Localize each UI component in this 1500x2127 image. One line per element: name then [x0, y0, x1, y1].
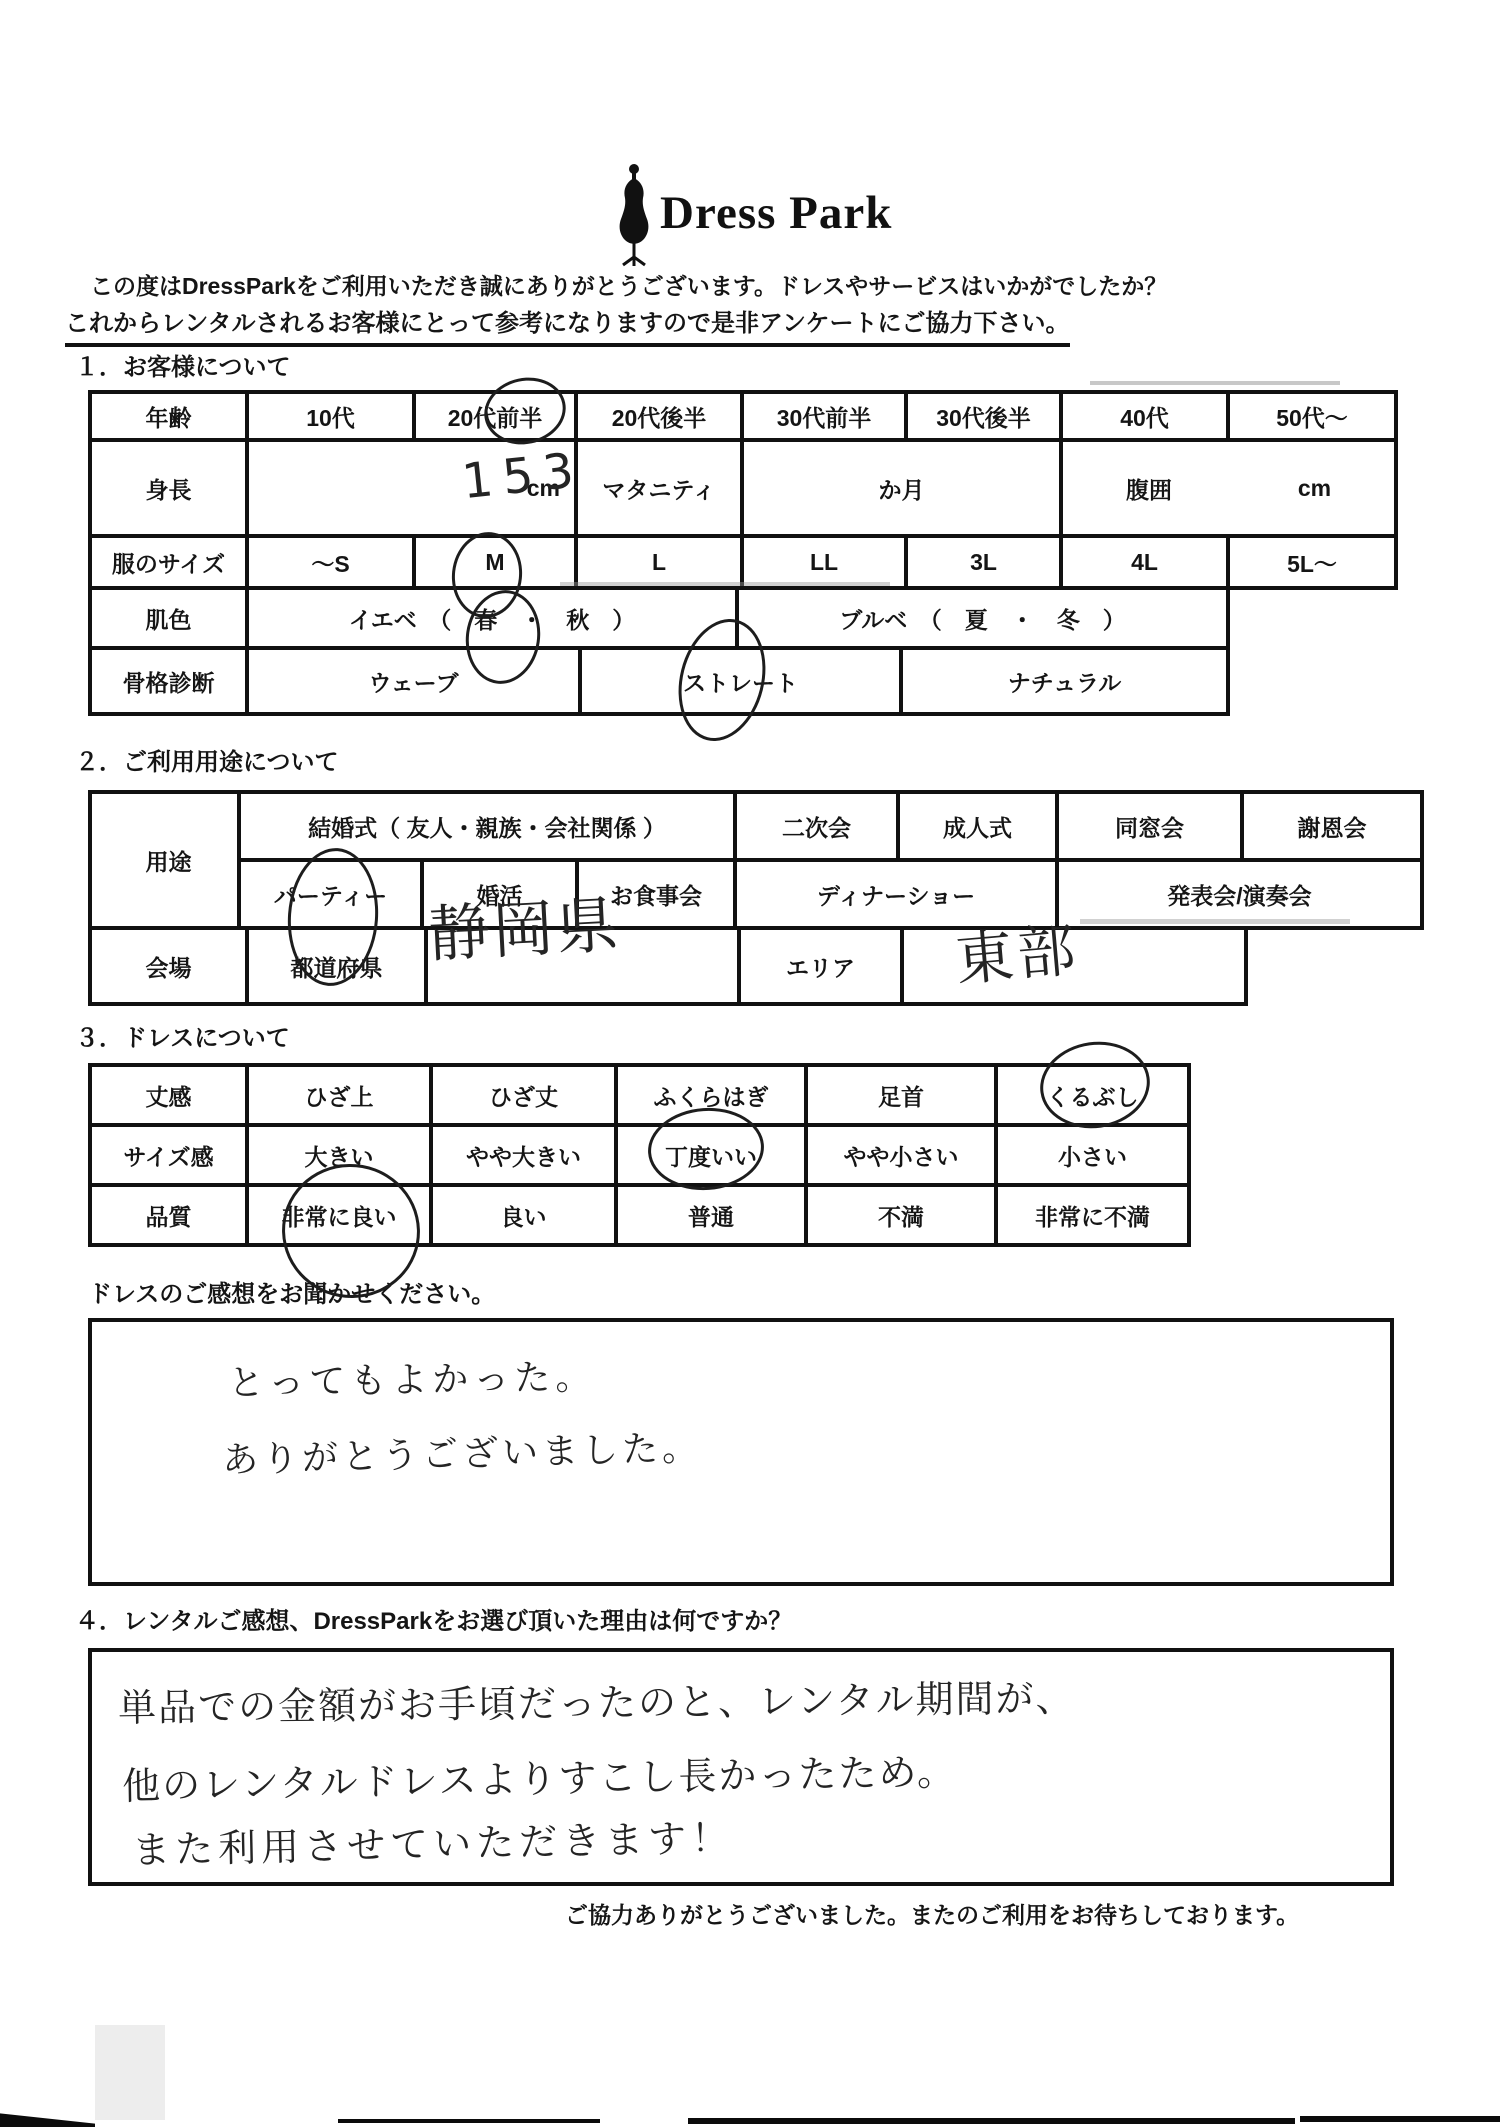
- skin-tone-row: 肌色 イエベ （ 春 ・ 秋 ） ブルベ （ 夏 ・ 冬 ）: [88, 586, 1230, 650]
- quality-row: 品質 非常に良い 良い 普通 不満 非常に不満: [88, 1183, 1191, 1247]
- footer-thanks: ご協力ありがとうございました。またのご利用をお待ちしております。: [565, 1897, 1299, 1930]
- age-option: 40代: [1059, 394, 1226, 438]
- handwritten-comment-1: とってもよかった。: [228, 1349, 597, 1406]
- intro-line-1: この度はDressParkをご利用いただき誠にありがとうございます。ドレスやサー…: [90, 268, 1167, 301]
- section1-title: １．お客様について: [75, 347, 291, 382]
- skin-option-blue: ブルベ （ 夏 ・ 冬 ）: [735, 590, 1226, 646]
- age-row: 年齢 10代 20代前半 20代後半 30代前半 30代後半 40代 50代～: [88, 390, 1398, 442]
- use-header-cell: 用途: [88, 790, 249, 930]
- section3-title: ３．ドレスについて: [75, 1018, 290, 1053]
- size-option: 4L: [1059, 538, 1226, 586]
- fit-header: サイズ感: [92, 1127, 245, 1183]
- scan-smudge: [1090, 381, 1340, 385]
- quality-option: 不満: [804, 1187, 994, 1243]
- waist-cell: 腹囲 cm: [1059, 442, 1394, 534]
- age-option: 10代: [245, 394, 412, 438]
- dress-form-icon: [613, 163, 655, 267]
- age-option: 30代前半: [740, 394, 904, 438]
- length-header: 丈感: [92, 1067, 245, 1123]
- use-row-1: 結婚式（ 友人・親族・会社関係 ） 二次会 成人式 同窓会 謝恩会: [237, 790, 1424, 862]
- maternity-label: マタニティ: [574, 442, 740, 534]
- quality-option: 普通: [614, 1187, 804, 1243]
- use-option: 二次会: [733, 794, 896, 858]
- handwritten-reason-1: 単品での金額がお手頃だったのと、レンタル期間が、: [118, 1667, 1076, 1732]
- logo-wordmark: Dress Park: [660, 186, 892, 240]
- frame-header: 骨格診断: [92, 650, 245, 712]
- age-option: 50代～: [1226, 394, 1394, 438]
- size-option: L: [574, 538, 740, 586]
- scan-artifact: [338, 2119, 600, 2123]
- size-option: LL: [740, 538, 904, 586]
- use-option-wedding: 結婚式（ 友人・親族・会社関係 ）: [241, 794, 733, 858]
- fit-row: サイズ感 大きい やや大きい 丁度いい やや小さい 小さい: [88, 1123, 1191, 1187]
- fit-option: やや大きい: [429, 1127, 614, 1183]
- scan-artifact: [0, 2110, 95, 2127]
- length-option: 足首: [804, 1067, 994, 1123]
- use-header: 用途: [92, 794, 245, 926]
- size-option: 5L～: [1226, 538, 1394, 586]
- use-option: 発表会/演奏会: [1055, 862, 1420, 926]
- intro-line-2: これからレンタルされるお客様にとって参考になりますので是非アンケートにご協力下さ…: [65, 303, 1070, 347]
- quality-option: 良い: [429, 1187, 614, 1243]
- size-header: 服のサイズ: [92, 538, 245, 586]
- months-label: か月: [740, 442, 1059, 534]
- dress-comment-label: ドレスのご感想をお聞かせください。: [88, 1274, 495, 1309]
- height-header: 身長: [92, 442, 245, 534]
- area-label: エリア: [737, 930, 900, 1002]
- handwritten-area: 東部: [952, 903, 1083, 997]
- size-option: 3L: [904, 538, 1059, 586]
- age-header: 年齢: [92, 394, 245, 438]
- venue-header: 会場: [92, 930, 245, 1002]
- height-row: 身長 cm マタニティ か月 腹囲 cm: [88, 438, 1398, 538]
- length-option: ひざ上: [245, 1067, 429, 1123]
- size-option: ～S: [245, 538, 412, 586]
- use-option: 謝恩会: [1240, 794, 1420, 858]
- quality-header: 品質: [92, 1187, 245, 1243]
- fit-option: やや小さい: [804, 1127, 994, 1183]
- length-row: 丈感 ひざ上 ひざ丈 ふくらはぎ 足首 くるぶし: [88, 1063, 1191, 1127]
- handwritten-prefecture: 静岡県: [426, 875, 622, 974]
- frame-row: 骨格診断 ウェーブ ストレート ナチュラル: [88, 646, 1230, 716]
- quality-option: 非常に不満: [994, 1187, 1187, 1243]
- scan-artifact: [688, 2118, 1295, 2124]
- waist-label: 腹囲: [1126, 472, 1172, 505]
- scan-artifact: [1300, 2116, 1500, 2122]
- fit-option: 小さい: [994, 1127, 1187, 1183]
- use-option: 同窓会: [1055, 794, 1240, 858]
- scan-smudge: [1080, 919, 1350, 924]
- survey-page: Dress Park この度はDressParkをご利用いただき誠にありがとうご…: [0, 0, 1500, 2127]
- section4-title: ４．レンタルご感想、DressParkをお選び頂いた理由は何ですか？: [75, 1601, 792, 1636]
- waist-unit: cm: [1298, 475, 1331, 502]
- skin-header: 肌色: [92, 590, 245, 646]
- age-option: 20代後半: [574, 394, 740, 438]
- scan-smudge: [560, 582, 890, 586]
- frame-option: ナチュラル: [899, 650, 1226, 712]
- section2-title: ２．ご利用用途について: [75, 742, 339, 777]
- scan-smudge: [95, 2025, 165, 2120]
- length-option: ひざ丈: [429, 1067, 614, 1123]
- use-option: 成人式: [896, 794, 1055, 858]
- age-option: 30代後半: [904, 394, 1059, 438]
